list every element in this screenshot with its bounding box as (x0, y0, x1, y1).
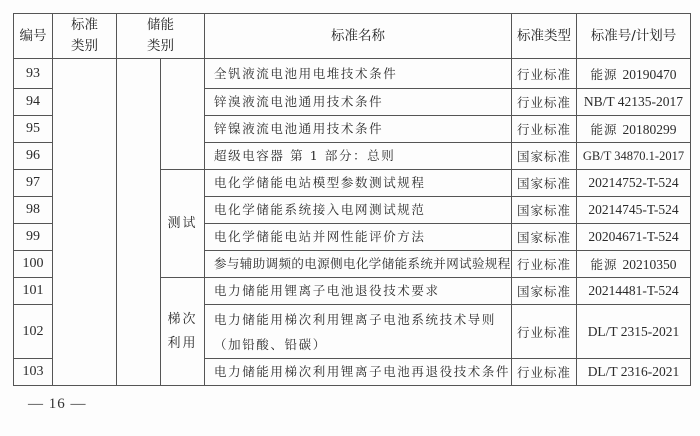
subcategory-reuse-line1: 梯次 (161, 308, 204, 332)
header-std-category-line1: 标准 (53, 15, 116, 36)
header-std-category-line2: 类别 (53, 36, 116, 57)
row-type: 行业标准 (512, 89, 577, 116)
code-value: GB/T 34870.1-2017 (583, 149, 684, 163)
row-name: 电化学储能系统接入电网测试规范 (205, 197, 512, 224)
row-code: NB/T 42135-2017 (577, 89, 691, 116)
row-type: 行业标准 (512, 116, 577, 143)
code-value: 20214752-T-524 (588, 175, 678, 190)
storage-category-cell (117, 59, 161, 386)
subcategory-reuse: 梯次 利用 (161, 278, 205, 386)
storage-subcategory-cell (161, 59, 205, 170)
row-type: 国家标准 (512, 278, 577, 305)
page-number: — 16 — (28, 396, 87, 413)
code-prefix: 能源 (591, 67, 623, 82)
header-storage-category-line1: 储能 (117, 15, 204, 36)
row-no: 99 (14, 224, 53, 251)
header-name: 标准名称 (205, 14, 512, 59)
header-storage-category: 储能 类别 (117, 14, 205, 59)
row-code: DL/T 2315-2021 (577, 305, 691, 359)
row-code: GB/T 34870.1-2017 (577, 143, 691, 170)
row-name: 电力储能用梯次利用锂离子电池系统技术导则（加铅酸、铅碳） (205, 305, 512, 359)
header-no: 编号 (14, 14, 53, 59)
code-prefix: 能源 (591, 257, 623, 272)
row-name: 电力储能用梯次利用锂离子电池再退役技术条件 (205, 359, 512, 386)
row-no: 100 (14, 251, 53, 278)
row-name: 电化学储能电站模型参数测试规程 (205, 170, 512, 197)
row-name: 锌镍液流电池通用技术条件 (205, 116, 512, 143)
header-std-category: 标准 类别 (53, 14, 117, 59)
row-name: 全钒液流电池用电堆技术条件 (205, 59, 512, 89)
code-value: 20214481-T-524 (588, 283, 678, 298)
code-value: NB/T 42135-2017 (584, 94, 683, 109)
row-name: 电化学储能电站并网性能评价方法 (205, 224, 512, 251)
subcategory-reuse-line2: 利用 (161, 332, 204, 356)
row-code: 20204671-T-524 (577, 224, 691, 251)
code-value: 20214745-T-524 (588, 202, 678, 217)
row-type: 国家标准 (512, 143, 577, 170)
code-value: 20210350 (622, 257, 676, 272)
row-no: 102 (14, 305, 53, 359)
code-value: 20190470 (622, 67, 676, 82)
row-code: 能源 20190470 (577, 59, 691, 89)
code-value: 20204671-T-524 (588, 229, 678, 244)
std-category-cell (53, 59, 117, 386)
row-no: 95 (14, 116, 53, 143)
row-code: 20214752-T-524 (577, 170, 691, 197)
row-code: 能源 20210350 (577, 251, 691, 278)
row-no: 103 (14, 359, 53, 386)
row-type: 行业标准 (512, 305, 577, 359)
code-value: DL/T 2315-2021 (588, 324, 680, 339)
row-name: 超级电容器 第 1 部分：总则 (205, 143, 512, 170)
header-type: 标准类型 (512, 14, 577, 59)
header-storage-category-line2: 类别 (117, 36, 204, 57)
row-type: 国家标准 (512, 224, 577, 251)
table-row: 93 全钒液流电池用电堆技术条件 行业标准 能源 20190470 (14, 59, 691, 89)
row-code: DL/T 2316-2021 (577, 359, 691, 386)
row-no: 101 (14, 278, 53, 305)
row-code: 能源 20180299 (577, 116, 691, 143)
row-no: 94 (14, 89, 53, 116)
row-name: 参与辅助调频的电源侧电化学储能系统并网试验规程 (205, 251, 512, 278)
row-type: 行业标准 (512, 59, 577, 89)
row-type: 国家标准 (512, 170, 577, 197)
code-value: DL/T 2316-2021 (588, 364, 680, 379)
code-value: 20180299 (622, 122, 676, 137)
row-no: 98 (14, 197, 53, 224)
row-type: 行业标准 (512, 251, 577, 278)
table-header-row: 编号 标准 类别 储能 类别 标准名称 标准类型 标准号/计划号 (14, 14, 691, 59)
row-name: 电力储能用锂离子电池退役技术要求 (205, 278, 512, 305)
row-code: 20214745-T-524 (577, 197, 691, 224)
subcategory-test: 测试 (161, 170, 205, 278)
standards-table: 编号 标准 类别 储能 类别 标准名称 标准类型 标准号/计划号 93 (13, 13, 691, 386)
row-name: 锌溴液流电池通用技术条件 (205, 89, 512, 116)
document-page: 编号 标准 类别 储能 类别 标准名称 标准类型 标准号/计划号 93 (0, 0, 700, 436)
header-code: 标准号/计划号 (577, 14, 691, 59)
row-no: 97 (14, 170, 53, 197)
row-no: 96 (14, 143, 53, 170)
code-prefix: 能源 (591, 122, 623, 137)
row-no: 93 (14, 59, 53, 89)
row-type: 行业标准 (512, 359, 577, 386)
row-type: 国家标准 (512, 197, 577, 224)
row-code: 20214481-T-524 (577, 278, 691, 305)
